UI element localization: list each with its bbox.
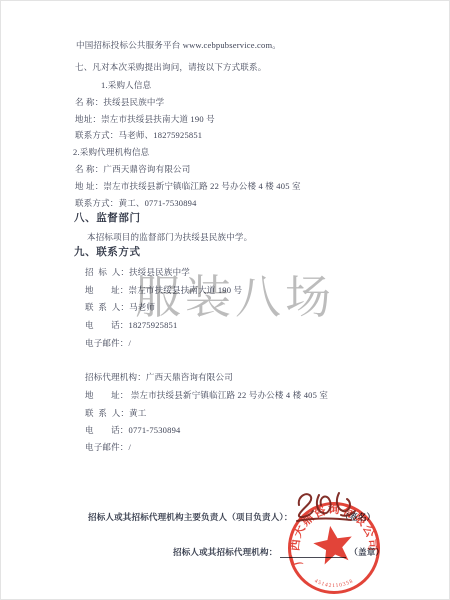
purchaser-name: 名 称：扶绥县民族中学 — [75, 97, 164, 108]
agent-name: 招标代理机构：广西天鼎咨询有限公司 — [85, 372, 233, 383]
agency-info-title: 2.采购代理机构信息 — [73, 147, 149, 158]
section8-body: 本招标项目的监督部门为扶绥县民族中学。 — [87, 232, 252, 243]
tender-notice-document-page: 中国招标投标公共服务平台 www.cebpubservice.com。 七、凡对… — [0, 0, 450, 600]
section9-heading: 九、联系方式 — [74, 247, 141, 258]
purchaser-address: 地址：崇左市扶绥县扶南大道 190 号 — [75, 114, 215, 125]
agent-phone: 电 话：0771-7530894 — [85, 425, 180, 436]
agency-address: 地 址：崇左市扶绥县新宁镇临江路 22 号办公楼 4 楼 405 室 — [75, 181, 301, 192]
purchaser-info-title: 1.采购人信息 — [101, 80, 151, 91]
org-seal-label: 招标人或其招标代理机构： — [173, 547, 277, 558]
handwritten-signature — [289, 487, 361, 529]
section8-heading: 八、监督部门 — [74, 213, 141, 224]
agent-email: 电子邮件：/ — [85, 442, 131, 453]
section7-heading: 七、凡对本次采购提出询问，请按以下方式联系。 — [75, 62, 266, 73]
tenderee-email: 电子邮件：/ — [85, 338, 131, 349]
principal-signature-label: 招标人或其招标代理机构主要负责人（项目负责人）： — [88, 512, 293, 523]
purchaser-contact: 联系方式：马老师、18275925851 — [75, 130, 202, 141]
platform-note: 中国招标投标公共服务平台 www.cebpubservice.com。 — [76, 40, 281, 51]
agent-address: 地 址： 崇左市扶绥县新宁镇临江路 22 号办公楼 4 楼 405 室 — [85, 390, 328, 401]
seal-serial-number: 45142110358 — [313, 578, 354, 589]
agent-contact: 联 系 人：黄工 — [85, 408, 147, 419]
watermark: 服装八场 — [135, 273, 335, 323]
agency-contact: 联系方式：黄工、0771-7530894 — [75, 198, 197, 209]
agency-name: 名 称：广西天鼎咨询有限公司 — [75, 164, 190, 175]
